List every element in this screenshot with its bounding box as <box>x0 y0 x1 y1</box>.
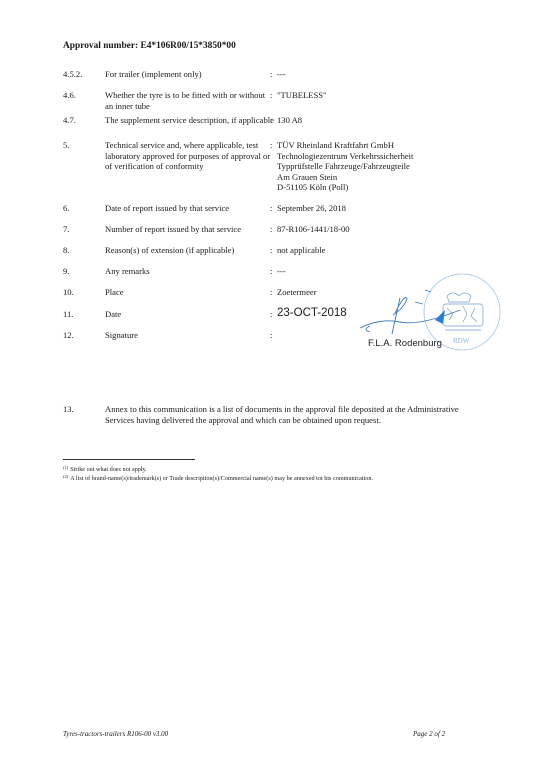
field-colon: : <box>270 224 272 235</box>
field-colon: : <box>270 203 272 214</box>
field-number: 4.5.2. <box>63 69 103 80</box>
field-colon: : <box>270 69 272 80</box>
field-value: not applicable <box>277 245 537 256</box>
field-label: Number of report issued by that service <box>105 224 275 235</box>
signatory-name: F.L.A. Rodenburg <box>368 338 442 349</box>
footnote-text: A list of brand-name(s)/trademark(s) or … <box>70 475 373 482</box>
field-colon: : <box>270 140 272 151</box>
field-number: 8. <box>63 245 103 256</box>
field-value: --- <box>277 69 537 80</box>
annex-text: Annex to this communication is a list of… <box>105 404 485 425</box>
field-number: 4.7. <box>63 115 103 126</box>
field-label: Date of report issued by that service <box>105 203 275 214</box>
svg-text:RDW: RDW <box>453 337 470 345</box>
field-label: The supplement service description, if a… <box>105 115 275 126</box>
field-number: 6. <box>63 203 103 214</box>
address-line: TÜV Rheinland Kraftfahrt GmbH <box>277 140 537 151</box>
field-number: 12. <box>63 330 103 341</box>
footer-page-number: Page 2 of 2 <box>413 730 445 738</box>
footnote-divider <box>63 459 195 460</box>
field-colon: : <box>270 245 272 256</box>
technical-service-address: TÜV Rheinland Kraftfahrt GmbH Technologi… <box>277 140 537 193</box>
field-number: 9. <box>63 266 103 277</box>
field-colon: : <box>270 287 272 298</box>
field-number: 11. <box>63 309 103 320</box>
field-colon: : <box>270 309 272 320</box>
field-number: 4.6. <box>63 90 103 101</box>
footnote-mark: (2) <box>63 474 68 479</box>
footer-document-id: Tyres-tractors-trailers R106-00 v3.00 <box>63 730 168 738</box>
field-label: Technical service and, where applicable,… <box>105 140 273 172</box>
field-colon: : <box>270 90 272 101</box>
field-value: "TUBELESS" <box>277 90 537 101</box>
address-line: D-51105 Köln (Poll) <box>277 182 537 193</box>
field-number: 5. <box>63 140 103 151</box>
field-value: September 26, 2018 <box>277 203 537 214</box>
field-label: Any remarks <box>105 266 275 277</box>
field-colon: : <box>270 330 272 341</box>
field-label: Whether the tyre is to be fitted with or… <box>105 90 275 111</box>
footnote-2: (2)A list of brand-name(s)/trademark(s) … <box>63 473 373 483</box>
field-label: Reason(s) of extension (if applicable) <box>105 245 275 256</box>
footnote-mark: (1) <box>63 465 68 470</box>
field-label: Place <box>105 287 275 298</box>
field-colon: : <box>270 266 272 277</box>
field-number: 13. <box>63 404 103 415</box>
footnote-text: Strike out what does not apply. <box>70 466 147 473</box>
field-colon: : <box>270 115 272 126</box>
field-value: 130 A8 <box>277 115 537 126</box>
field-label: Date <box>105 309 275 320</box>
field-number: 10. <box>63 287 103 298</box>
address-line: Am Grauen Stein <box>277 172 537 183</box>
approval-number-heading: Approval number: E4*106R00/15*3850*00 <box>63 41 236 51</box>
field-label: Signature <box>105 330 275 341</box>
field-label: For trailer (implement only) <box>105 69 275 80</box>
address-line: Technologiezentrum Verkehrssicherheit <box>277 151 537 162</box>
document-page: Approval number: E4*106R00/15*3850*00 4.… <box>0 0 539 764</box>
field-value: 87-R106-1441/18-00 <box>277 224 537 235</box>
field-number: 7. <box>63 224 103 235</box>
address-line: Typprüfstelle Fahrzeuge/Fahrzeugteile <box>277 161 537 172</box>
